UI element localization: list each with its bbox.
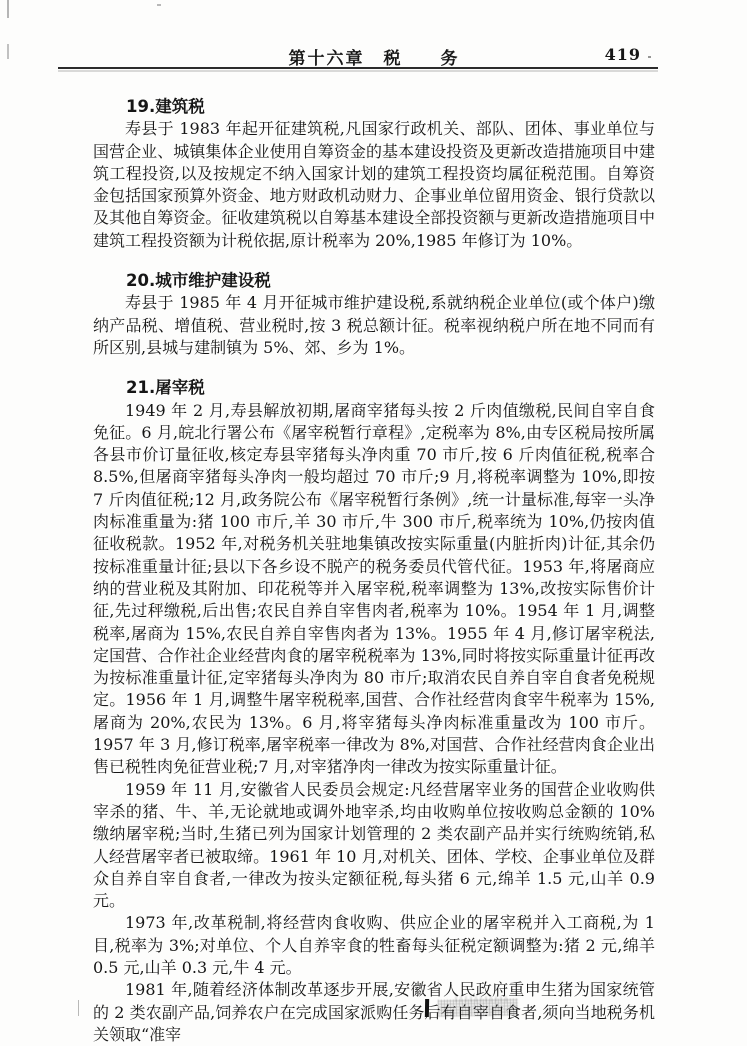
page-number: 419 bbox=[605, 45, 641, 64]
book-page: 第十六章 税 务 419 19.建筑税 寿县于 1983 年起开征建筑税,凡国家… bbox=[0, 0, 747, 1046]
scan-artifact-left-edge-top bbox=[7, 0, 9, 18]
header-rule bbox=[58, 67, 658, 69]
paragraph-urban-maintenance-tax: 寿县于 1985 年 4 月开征城市维护建设税,系就纳税企业单位(或个体户)缴纳… bbox=[93, 292, 655, 359]
paragraph-slaughter-tax-1973: 1973 年,改革税制,将经营肉食收购、供应企业的屠宰税并入工商税,为 1 目,… bbox=[93, 912, 655, 979]
paragraph-slaughter-tax-1949-1957: 1949 年 2 月,寿县解放初期,屠商宰猪每头按 2 斤肉值缴税,民间自宰自食… bbox=[93, 400, 655, 779]
text-column: 19.建筑税 寿县于 1983 年起开征建筑税,凡国家行政机关、部队、团体、事业… bbox=[93, 88, 655, 1046]
paragraph-slaughter-tax-1981: 1981 年,随着经济体制改革逐步开展,安徽省人民政府重申生猪为国家统管的 2 … bbox=[93, 979, 655, 1046]
paragraph-construction-tax: 寿县于 1983 年起开征建筑税,凡国家行政机关、部队、团体、事业单位与国营企业… bbox=[93, 118, 655, 252]
chapter-title: 第十六章 税 务 bbox=[93, 44, 655, 69]
section-heading-20-urban-maintenance-tax: 20.城市维护建设税 bbox=[93, 270, 655, 292]
scan-artifact-footer-tick bbox=[78, 1000, 79, 1016]
section-heading-19-construction-tax: 19.建筑税 bbox=[93, 96, 655, 118]
paragraph-slaughter-tax-1959-1961: 1959 年 11 月,安徽省人民委员会规定:凡经营屠宰业务的国营企业收购供宰杀… bbox=[93, 779, 655, 913]
scan-artifact-left-edge bbox=[7, 44, 9, 59]
page-header: 第十六章 税 务 419 bbox=[93, 44, 655, 66]
section-heading-21-slaughter-tax: 21.屠宰税 bbox=[93, 377, 655, 399]
scan-artifact-top bbox=[157, 4, 161, 6]
